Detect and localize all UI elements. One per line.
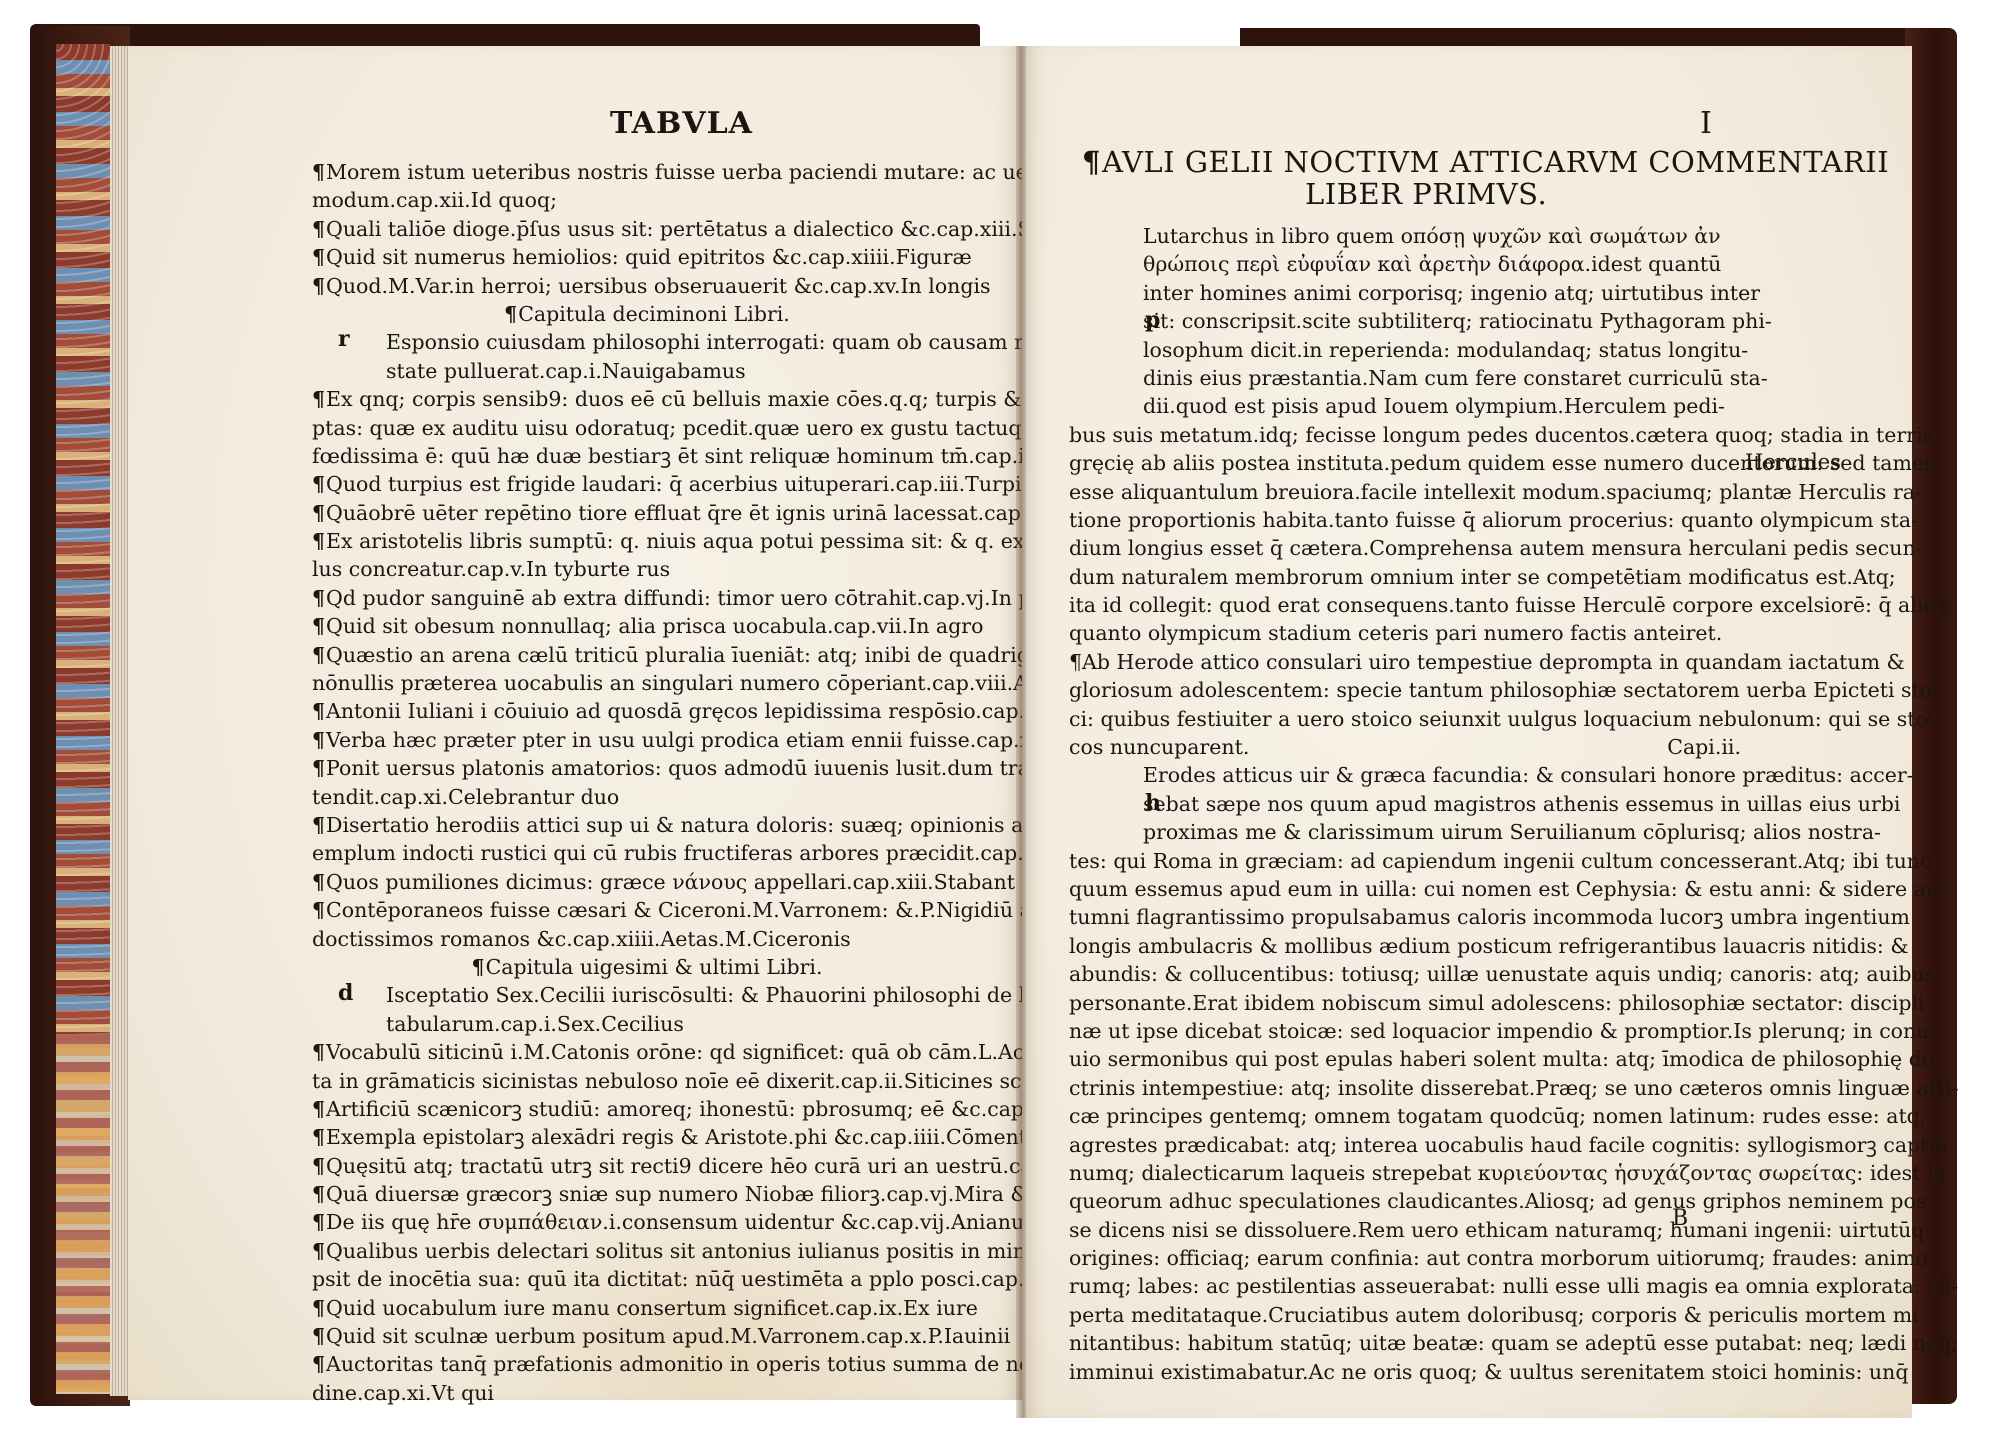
line-text: Quod turpius est frigide laudari: q̄ ace… <box>326 472 1097 496</box>
line-text: gloriosum adolescentem: specie tantum ph… <box>1069 678 1939 702</box>
text-line: ¶Quęsitū atq; tractatū utrꝫ sit recti9 d… <box>312 1152 982 1180</box>
line-text: queorum adhuc speculationes claudicantes… <box>1069 1189 1926 1213</box>
text-line: ¶Ab Herode attico consulari uiro tempest… <box>1069 648 1741 676</box>
text-line: tendit.cap.xi.Celebrantur duo <box>312 783 982 811</box>
text-line: dii.quod est pisis apud Iouem olympium.H… <box>1069 392 1741 420</box>
line-text: dium longius esset q̄ cætera.Comprehensa… <box>1069 536 1923 560</box>
text-line: gręcię ab aliis postea instituta.pedum q… <box>1069 449 1741 477</box>
text-line: quanto olympicum stadium ceteris pari nu… <box>1069 619 1741 647</box>
line-text: ita id collegit: quod erat consequens.ta… <box>1069 593 1953 617</box>
line-text: quanto olympicum stadium ceteris pari nu… <box>1069 621 1722 645</box>
line-text: rumq; labes: ac pestilentias asseuerabat… <box>1069 1274 1958 1298</box>
line-text: cos nuncuparent. <box>1069 735 1249 759</box>
text-line: ci: quibus festiuiter a uero stoico seiu… <box>1069 705 1741 733</box>
marbled-endpaper <box>56 44 110 1394</box>
pilcrow-mark: ¶ <box>312 813 325 837</box>
text-line: abundis: & collucentibus: totiusq; uillæ… <box>1069 960 1741 988</box>
line-text: numq; dialecticarum laqueis strepebat κυ… <box>1069 1161 1946 1185</box>
text-line: perta meditataque.Cruciatibus autem dolo… <box>1069 1301 1741 1329</box>
left-running-head: TABVLA <box>610 106 753 141</box>
text-line: θρώποις περὶ εὐφυΐαν καὶ ἀρετὴν διάφορα.… <box>1069 250 1741 278</box>
pilcrow-mark: ¶ <box>312 699 325 723</box>
guide-letter: d <box>338 980 353 1006</box>
text-line: sebat sæpe nos quum apud magistros athen… <box>1069 790 1741 818</box>
text-line: dine.cap.xi.Vt qui <box>312 1379 982 1407</box>
line-text: Vocabulū siticinū i.M.Catonis orōne: qd … <box>326 1040 1117 1064</box>
text-line: ¶Quāobrē uēter repētino tiore effluat q̄… <box>312 499 982 527</box>
line-text: dii.quod est pisis apud Iouem olympium.H… <box>1143 394 1725 418</box>
chapter-label: Capi.ii. <box>1667 733 1741 761</box>
text-line: sit: conscripsit.scite subtiliterq; rati… <box>1069 307 1741 335</box>
line-text: Quid sit obesum nonnullaq; alia prisca u… <box>326 614 983 638</box>
line-text: sebat sæpe nos quum apud magistros athen… <box>1143 792 1900 816</box>
text-line: rumq; labes: ac pestilentias asseuerabat… <box>1069 1272 1741 1300</box>
text-line: Esponsio cuiusdam philosophi interrogati… <box>312 328 982 356</box>
line-text: θρώποις περὶ εὐφυΐαν καὶ ἀρετὴν διάφορα.… <box>1143 252 1721 276</box>
line-text: ci: quibus festiuiter a uero stoico seiu… <box>1069 707 1941 731</box>
margin-note: Hercules <box>1745 450 1841 474</box>
pilcrow-mark: ¶ <box>312 728 325 752</box>
text-line: ¶De iis quę hr̄e συμπάθειαν.i.consensum … <box>312 1208 982 1236</box>
text-line: ¶Quā diuersæ græcorꝫ sniæ sup numero Nio… <box>312 1180 982 1208</box>
line-text: se dicens nisi se dissoluere.Rem uero et… <box>1069 1218 1931 1242</box>
text-line: agrestes prædicabat: atq; interea uocabu… <box>1069 1131 1741 1159</box>
line-text: Exempla epistolarꝫ alexādri regis & Aris… <box>326 1125 1112 1149</box>
text-line: ¶Vocabulū siticinū i.M.Catonis orōne: qd… <box>312 1038 982 1066</box>
signature-mark: B <box>1672 1206 1688 1231</box>
text-line: ¶Qualibus uerbis delectari solitus sit a… <box>312 1237 982 1265</box>
pilcrow-mark: ¶ <box>1082 145 1101 179</box>
pilcrow-mark: ¶ <box>312 1239 325 1263</box>
text-line: se dicens nisi se dissoluere.Rem uero et… <box>1069 1216 1741 1244</box>
line-text: quum essemus apud eum in uilla: cui nome… <box>1069 877 1946 901</box>
text-line: gloriosum adolescentem: specie tantum ph… <box>1069 676 1741 704</box>
line-text: origines: officiaq; earum confinia: aut … <box>1069 1246 1928 1270</box>
text-line: tes: qui Roma in græciam: ad capiendum i… <box>1069 847 1741 875</box>
line-text: ta in grāmaticis sicinistas nebuloso noī… <box>312 1069 1092 1093</box>
pilcrow-mark: ¶ <box>312 870 325 894</box>
pilcrow-mark: ¶ <box>312 1352 325 1376</box>
line-text: Capitula deciminoni Libri. <box>518 302 790 326</box>
page-edges <box>110 46 130 1396</box>
text-line: imminui existimabatur.Ac ne oris quoq; &… <box>1069 1358 1741 1386</box>
text-line: origines: officiaq; earum confinia: aut … <box>1069 1244 1741 1272</box>
pilcrow-mark: ¶ <box>312 1296 325 1320</box>
line-text: perta meditataque.Cruciatibus autem dolo… <box>1069 1303 1919 1327</box>
pilcrow-mark: ¶ <box>504 302 517 326</box>
pilcrow-mark: ¶ <box>312 1324 325 1348</box>
text-line: næ ut ipse dicebat stoicæ: sed loquacior… <box>1069 1017 1741 1045</box>
gutter <box>1016 46 1026 1418</box>
text-line: ¶Artificiū scænicorꝫ studiū: amoreq; iho… <box>312 1095 982 1123</box>
line-text: esse aliquantulum breuiora.facile intell… <box>1069 480 1922 504</box>
line-text: nitantibus: habitum statūq; uitæ beatæ: … <box>1069 1331 1958 1355</box>
pilcrow-mark: ¶ <box>312 245 325 269</box>
line-text: personante.Erat ibidem nobiscum simul ad… <box>1069 991 1932 1015</box>
left-text-block: ¶Morem istum ueteribus nostris fuisse ue… <box>312 158 982 1407</box>
text-line: ctrinis intempestiue: atq; insolite diss… <box>1069 1074 1741 1102</box>
line-text: tabularum.cap.i.Sex.Cecilius <box>386 1012 684 1036</box>
text-line: ¶Ponit uersus platonis amatorios: quos a… <box>312 754 982 782</box>
text-line: ¶Antonii Iuliani i cōuiuio ad quosdā grę… <box>312 697 982 725</box>
line-text: Quod.M.Var.in herroi; uersibus obseruaue… <box>326 274 991 298</box>
book-heading: ¶AVLI GELII NOCTIVM ATTICARVM COMMENTARI… <box>1082 146 1889 178</box>
line-text: state pulluerat.cap.i.Nauigabamus <box>386 359 746 383</box>
text-line: ¶Ex qnq; corpis sensib9: duos eē cū bell… <box>312 385 982 413</box>
line-text: Lutarchus in libro quem οπόσῃ ψυχῶν καὶ … <box>1143 224 1721 248</box>
text-line: state pulluerat.cap.i.Nauigabamus <box>312 357 982 385</box>
pilcrow-mark: ¶ <box>312 756 325 780</box>
line-text: abundis: & collucentibus: totiusq; uillæ… <box>1069 962 1935 986</box>
text-line: dum naturalem membrorum omnium inter se … <box>1069 563 1741 591</box>
text-line: ¶Disertatio herodiis attici sup ui & nat… <box>312 811 982 839</box>
text-line: personante.Erat ibidem nobiscum simul ad… <box>1069 989 1741 1017</box>
text-line: emplum indocti rustici qui cū rubis fruc… <box>312 839 982 867</box>
text-line: queorum adhuc speculationes claudicantes… <box>1069 1187 1741 1215</box>
line-text: modum.cap.xii.Id quoq; <box>312 188 557 212</box>
line-text: ¶Ab Herode attico consulari uiro tempest… <box>1069 650 1905 674</box>
pilcrow-mark: ¶ <box>312 1097 325 1121</box>
pilcrow-mark: ¶ <box>312 529 325 553</box>
text-line: ¶Capitula uigesimi & ultimi Libri. <box>312 953 982 981</box>
folio-number: I <box>1700 106 1713 141</box>
text-line: ta in grāmaticis sicinistas nebuloso noī… <box>312 1067 982 1095</box>
line-text: Quid sit numerus hemiolios: quid epitrit… <box>326 245 972 269</box>
pilcrow-mark: ¶ <box>312 387 325 411</box>
pilcrow-mark: ¶ <box>312 1125 325 1149</box>
line-text: Erodes atticus uir & græca facundia: & c… <box>1143 763 1914 787</box>
pilcrow-mark: ¶ <box>312 1040 325 1064</box>
pilcrow-mark: ¶ <box>312 898 325 922</box>
line-text: imminui existimabatur.Ac ne oris quoq; &… <box>1069 1360 1908 1384</box>
pilcrow-mark: ¶ <box>472 955 485 979</box>
text-line: dium longius esset q̄ cætera.Comprehensa… <box>1069 534 1741 562</box>
line-text: De iis quę hr̄e συμπάθειαν.i.consensum u… <box>326 1210 1035 1234</box>
text-line: Erodes atticus uir & græca facundia: & c… <box>1069 761 1741 789</box>
text-line: ¶Quid sit numerus hemiolios: quid epitri… <box>312 243 982 271</box>
line-text: tione proportionis habita.tanto fuisse q… <box>1069 508 1918 532</box>
guide-letter: r <box>338 326 350 352</box>
text-line: cos nuncuparent.Capi.ii. <box>1069 733 1741 761</box>
text-line: ¶Quid sit obesum nonnullaq; alia prisca … <box>312 612 982 640</box>
line-text: doctissimos romanos &c.cap.xiiii.Aetas.M… <box>312 927 851 951</box>
text-line: doctissimos romanos &c.cap.xiiii.Aetas.M… <box>312 925 982 953</box>
line-text: sit: conscripsit.scite subtiliterq; rati… <box>1143 309 1772 333</box>
text-line: ¶Quæstio an arena cælū triticū pluralia … <box>312 641 982 669</box>
book-heading-2: LIBER PRIMVS. <box>1305 178 1547 210</box>
text-line: tione proportionis habita.tanto fuisse q… <box>1069 506 1741 534</box>
line-text: longis ambulacris & mollibus ædium posti… <box>1069 934 1909 958</box>
text-line: inter homines animi corporisq; ingenio a… <box>1069 279 1741 307</box>
line-text: tumni flagrantissimo propulsabamus calor… <box>1069 905 1910 929</box>
book-cover-top-left <box>30 24 980 48</box>
line-text: cæ principes gentemq; omnem togatam quod… <box>1069 1104 1927 1128</box>
text-line: psit de inocētia sua: quū ita dictitat: … <box>312 1265 982 1293</box>
text-line: ¶Quos pumiliones dicimus: græce νάνους a… <box>312 868 982 896</box>
line-text: inter homines animi corporisq; ingenio a… <box>1143 281 1760 305</box>
text-line: Lutarchus in libro quem οπόσῃ ψυχῶν καὶ … <box>1069 222 1741 250</box>
text-line: ¶Ex aristotelis libris sumptū: q. niuis … <box>312 527 982 555</box>
heading-line-1: AVLI GELII NOCTIVM ATTICARVM COMMENTARII <box>1102 145 1889 179</box>
line-text: tendit.cap.xi.Celebrantur duo <box>312 785 619 809</box>
text-line: dinis eius præstantia.Nam cum fere const… <box>1069 364 1741 392</box>
text-line: proximas me & clarissimum uirum Seruilia… <box>1069 818 1741 846</box>
text-line: numq; dialecticarum laqueis strepebat κυ… <box>1069 1159 1741 1187</box>
pilcrow-mark: ¶ <box>312 501 325 525</box>
line-text: tes: qui Roma in græciam: ad capiendum i… <box>1069 849 1932 873</box>
line-text: dum naturalem membrorum omnium inter se … <box>1069 565 1896 589</box>
text-line: ¶Morem istum ueteribus nostris fuisse ue… <box>312 158 982 186</box>
line-text: Quid uocabulum iure manu consertum signi… <box>326 1296 978 1320</box>
pilcrow-mark: ¶ <box>312 217 325 241</box>
line-text: Quos pumiliones dicimus: græce νάνους ap… <box>326 870 1072 894</box>
text-line: losophum dicit.in reperienda: modulandaq… <box>1069 336 1741 364</box>
text-line: lus concreatur.cap.v.In tyburte rus <box>312 555 982 583</box>
guide-letter: p <box>1145 307 1160 333</box>
text-line: ¶Auctoritas tanq̄ præfationis admonitio … <box>312 1350 982 1378</box>
text-line: ¶Contēporaneos fuisse cæsari & Ciceroni.… <box>312 896 982 924</box>
text-line: modum.cap.xii.Id quoq; <box>312 186 982 214</box>
line-text: Auctoritas tanq̄ præfationis admonitio i… <box>326 1352 1126 1376</box>
line-text: bus suis metatum.idq; fecisse longum ped… <box>1069 423 1933 447</box>
text-line: ¶Qd pudor sanguinē ab extra diffundi: ti… <box>312 584 982 612</box>
text-line: longis ambulacris & mollibus ædium posti… <box>1069 932 1741 960</box>
pilcrow-mark: ¶ <box>312 160 325 184</box>
text-line: nitantibus: habitum statūq; uitæ beatæ: … <box>1069 1329 1741 1357</box>
text-line: ¶Quod turpius est frigide laudari: q̄ ac… <box>312 470 982 498</box>
book-cover-top-right <box>1240 28 1940 48</box>
text-line: esse aliquantulum breuiora.facile intell… <box>1069 478 1741 506</box>
text-line: bus suis metatum.idq; fecisse longum ped… <box>1069 421 1741 449</box>
line-text: ctrinis intempestiue: atq; insolite diss… <box>1069 1076 1959 1100</box>
pilcrow-mark: ¶ <box>312 586 325 610</box>
guide-letter: h <box>1145 790 1161 816</box>
line-text: uio sermonibus qui post epulas haberi so… <box>1069 1047 1934 1071</box>
line-text: agrestes prædicabat: atq; interea uocabu… <box>1069 1133 1947 1157</box>
text-line: fœdissima ē: quū hæ duæ bestiarꝫ ēt sint… <box>312 442 982 470</box>
line-text: dine.cap.xi.Vt qui <box>312 1381 494 1405</box>
text-line: cæ principes gentemq; omnem togatam quod… <box>1069 1102 1741 1130</box>
line-text: lus concreatur.cap.v.In tyburte rus <box>312 557 670 581</box>
text-line: ¶Verba hæc præter pter in usu uulgi prod… <box>312 726 982 754</box>
text-line: quum essemus apud eum in uilla: cui nome… <box>1069 875 1741 903</box>
pilcrow-mark: ¶ <box>312 1182 325 1206</box>
text-line: ¶Quod.M.Var.in herroi; uersibus obseruau… <box>312 272 982 300</box>
text-line: uio sermonibus qui post epulas haberi so… <box>1069 1045 1741 1073</box>
text-line: ¶Quid sit sculnæ uerbum positum apud.M.V… <box>312 1322 982 1350</box>
line-text: dinis eius præstantia.Nam cum fere const… <box>1143 366 1768 390</box>
line-text: Qd pudor sanguinē ab extra diffundi: tim… <box>326 586 1120 610</box>
pilcrow-mark: ¶ <box>312 274 325 298</box>
line-text: Quā diuersæ græcorꝫ sniæ sup numero Niob… <box>326 1182 1096 1206</box>
text-line: ¶Capitula deciminoni Libri. <box>312 300 982 328</box>
pilcrow-mark: ¶ <box>312 1154 325 1178</box>
line-text: Verba hæc præter pter in usu uulgi prodi… <box>326 728 1117 752</box>
pilcrow-mark: ¶ <box>312 472 325 496</box>
text-line: tumni flagrantissimo propulsabamus calor… <box>1069 903 1741 931</box>
text-line: ita id collegit: quod erat consequens.ta… <box>1069 591 1741 619</box>
text-line: ptas: quæ ex auditu uisu odoratuq; pcedi… <box>312 414 982 442</box>
pilcrow-mark: ¶ <box>312 1210 325 1234</box>
line-text: Quid sit sculnæ uerbum positum apud.M.Va… <box>326 1324 1010 1348</box>
line-text: proximas me & clarissimum uirum Seruilia… <box>1143 820 1881 844</box>
line-text: losophum dicit.in reperienda: modulandaq… <box>1143 338 1748 362</box>
pilcrow-mark: ¶ <box>312 643 325 667</box>
text-line: ¶Exempla epistolarꝫ alexādri regis & Ari… <box>312 1123 982 1151</box>
text-line: tabularum.cap.i.Sex.Cecilius <box>312 1010 982 1038</box>
line-text: Capitula uigesimi & ultimi Libri. <box>486 955 823 979</box>
text-line: nōnullis præterea uocabulis an singulari… <box>312 669 982 697</box>
right-text-block: Lutarchus in libro quem οπόσῃ ψυχῶν καὶ … <box>1069 222 1741 1386</box>
line-text: næ ut ipse dicebat stoicæ: sed loquacior… <box>1069 1019 1936 1043</box>
line-text: Contēporaneos fuisse cæsari & Ciceroni.M… <box>326 898 1134 922</box>
text-line: ¶Quid uocabulum iure manu consertum sign… <box>312 1294 982 1322</box>
text-line: ¶Quali taliōe dioge.p̄ſus usus sit: pert… <box>312 215 982 243</box>
pilcrow-mark: ¶ <box>312 614 325 638</box>
text-line: Isceptatio Sex.Cecilii iuriscōsulti: & P… <box>312 981 982 1009</box>
